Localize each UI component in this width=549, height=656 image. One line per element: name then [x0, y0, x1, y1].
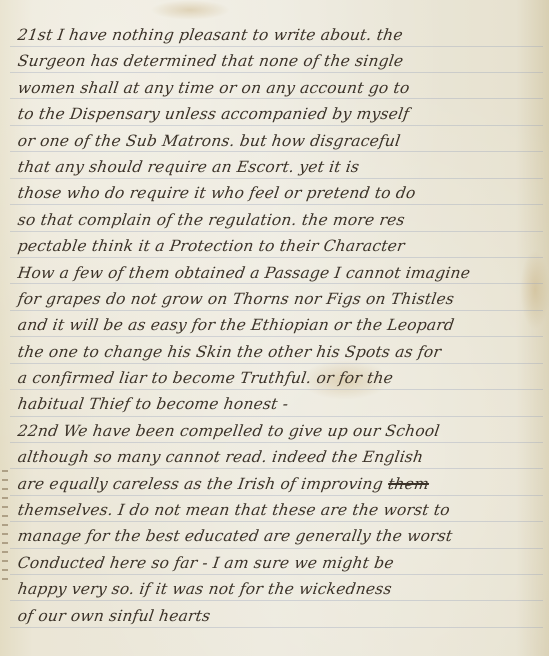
- struck-word: them: [387, 475, 430, 493]
- text-line: habitual Thief to become honest -: [16, 391, 549, 417]
- text-line: that any should require an Escort. yet i…: [16, 154, 549, 180]
- text-line: women shall at any time or on any accoun…: [16, 75, 549, 101]
- text-line: although so many cannot read. indeed the…: [16, 444, 549, 470]
- text-line: Surgeon has determined that none of the …: [16, 48, 549, 74]
- page-edge-marks: [2, 470, 8, 580]
- text-line: How a few of them obtained a Passage I c…: [16, 260, 549, 286]
- text-line: so that complain of the regulation. the …: [16, 207, 549, 233]
- text-line: happy very so. if it was not for the wic…: [16, 576, 549, 602]
- text-line: themselves. I do not mean that these are…: [16, 497, 549, 523]
- text-line: the one to change his Skin the other his…: [16, 339, 549, 365]
- text-line: of our own sinful hearts: [16, 603, 549, 629]
- handwritten-text: 21st I have nothing pleasant to write ab…: [16, 22, 545, 629]
- text-line: Conducted here so far - I am sure we mig…: [16, 550, 549, 576]
- text-line: 22nd We have been compelled to give up o…: [16, 418, 549, 444]
- text-line: for grapes do not grow on Thorns nor Fig…: [16, 286, 549, 312]
- line-text: are equally careless as the Irish of imp…: [17, 475, 385, 493]
- text-line: those who do require it who feel or pret…: [16, 180, 549, 206]
- text-line: 21st I have nothing pleasant to write ab…: [16, 22, 549, 48]
- text-line: or one of the Sub Matrons. but how disgr…: [16, 128, 549, 154]
- text-line: to the Dispensary unless accompanied by …: [16, 101, 549, 127]
- text-line: a confirmed liar to become Truthful. or …: [16, 365, 549, 391]
- text-line: are equally careless as the Irish of imp…: [16, 471, 549, 497]
- text-line: pectable think it a Protection to their …: [16, 233, 549, 259]
- diary-page: 21st I have nothing pleasant to write ab…: [0, 0, 549, 656]
- paper-stain: [150, 0, 230, 20]
- text-line: manage for the best educated are general…: [16, 523, 549, 549]
- text-line: and it will be as easy for the Ethiopian…: [16, 312, 549, 338]
